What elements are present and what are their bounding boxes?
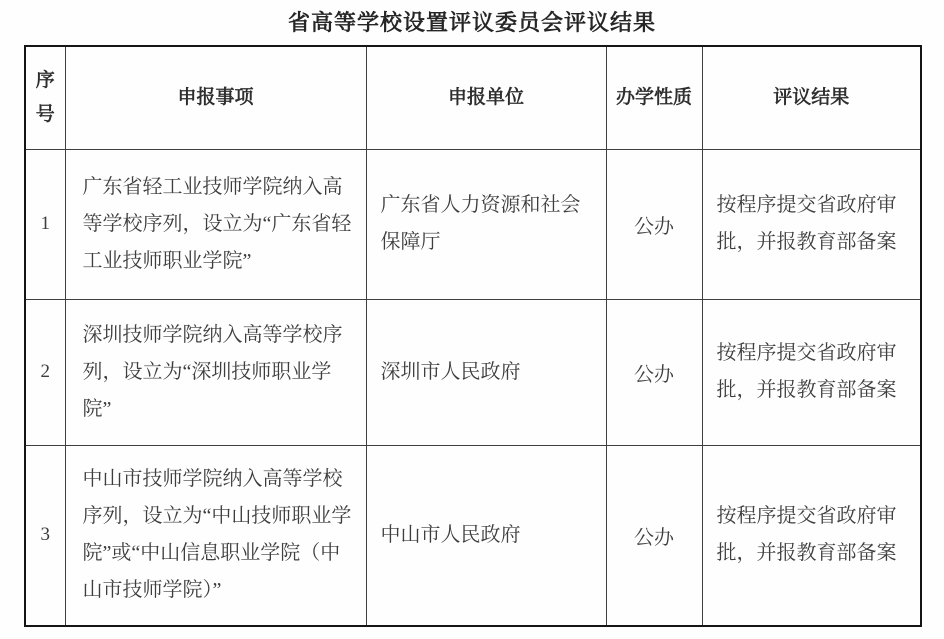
header-review-result: 评议结果 [702, 46, 921, 149]
cell-school-nature: 公办 [606, 149, 702, 299]
document-page: 省高等学校设置评议委员会评议结果 序号 申报事项 申报单位 办学性质 评议结果 … [0, 0, 944, 639]
header-serial-number: 序号 [25, 46, 65, 149]
table-row: 3 中山市技师学院纳入高等学校序列，设立为“中山技师职业学院”或“中山信息职业学… [25, 445, 921, 626]
cell-serial-number: 2 [25, 299, 65, 445]
table-header-row: 序号 申报事项 申报单位 办学性质 评议结果 [25, 46, 921, 149]
page-title: 省高等学校设置评议委员会评议结果 [0, 6, 944, 37]
header-school-nature: 办学性质 [606, 46, 702, 149]
cell-applying-unit: 广东省人力资源和社会保障厅 [366, 149, 606, 299]
header-application-item: 申报事项 [65, 46, 366, 149]
review-results-table: 序号 申报事项 申报单位 办学性质 评议结果 1 广东省轻工业技师学院纳入高等学… [24, 45, 922, 627]
cell-application-item: 广东省轻工业技师学院纳入高等学校序列，设立为“广东省轻工业技师职业学院” [65, 149, 366, 299]
table-row: 1 广东省轻工业技师学院纳入高等学校序列，设立为“广东省轻工业技师职业学院” 广… [25, 149, 921, 299]
cell-review-result: 按程序提交省政府审批，并报教育部备案 [702, 149, 921, 299]
cell-applying-unit: 中山市人民政府 [366, 445, 606, 626]
cell-applying-unit: 深圳市人民政府 [366, 299, 606, 445]
cell-school-nature: 公办 [606, 445, 702, 626]
table-row: 2 深圳技师学院纳入高等学校序列，设立为“深圳技师职业学院” 深圳市人民政府 公… [25, 299, 921, 445]
cell-serial-number: 1 [25, 149, 65, 299]
cell-school-nature: 公办 [606, 299, 702, 445]
cell-serial-number: 3 [25, 445, 65, 626]
cell-review-result: 按程序提交省政府审批，并报教育部备案 [702, 299, 921, 445]
cell-review-result: 按程序提交省政府审批，并报教育部备案 [702, 445, 921, 626]
cell-application-item: 深圳技师学院纳入高等学校序列，设立为“深圳技师职业学院” [65, 299, 366, 445]
header-applying-unit: 申报单位 [366, 46, 606, 149]
cell-application-item: 中山市技师学院纳入高等学校序列，设立为“中山技师职业学院”或“中山信息职业学院（… [65, 445, 366, 626]
